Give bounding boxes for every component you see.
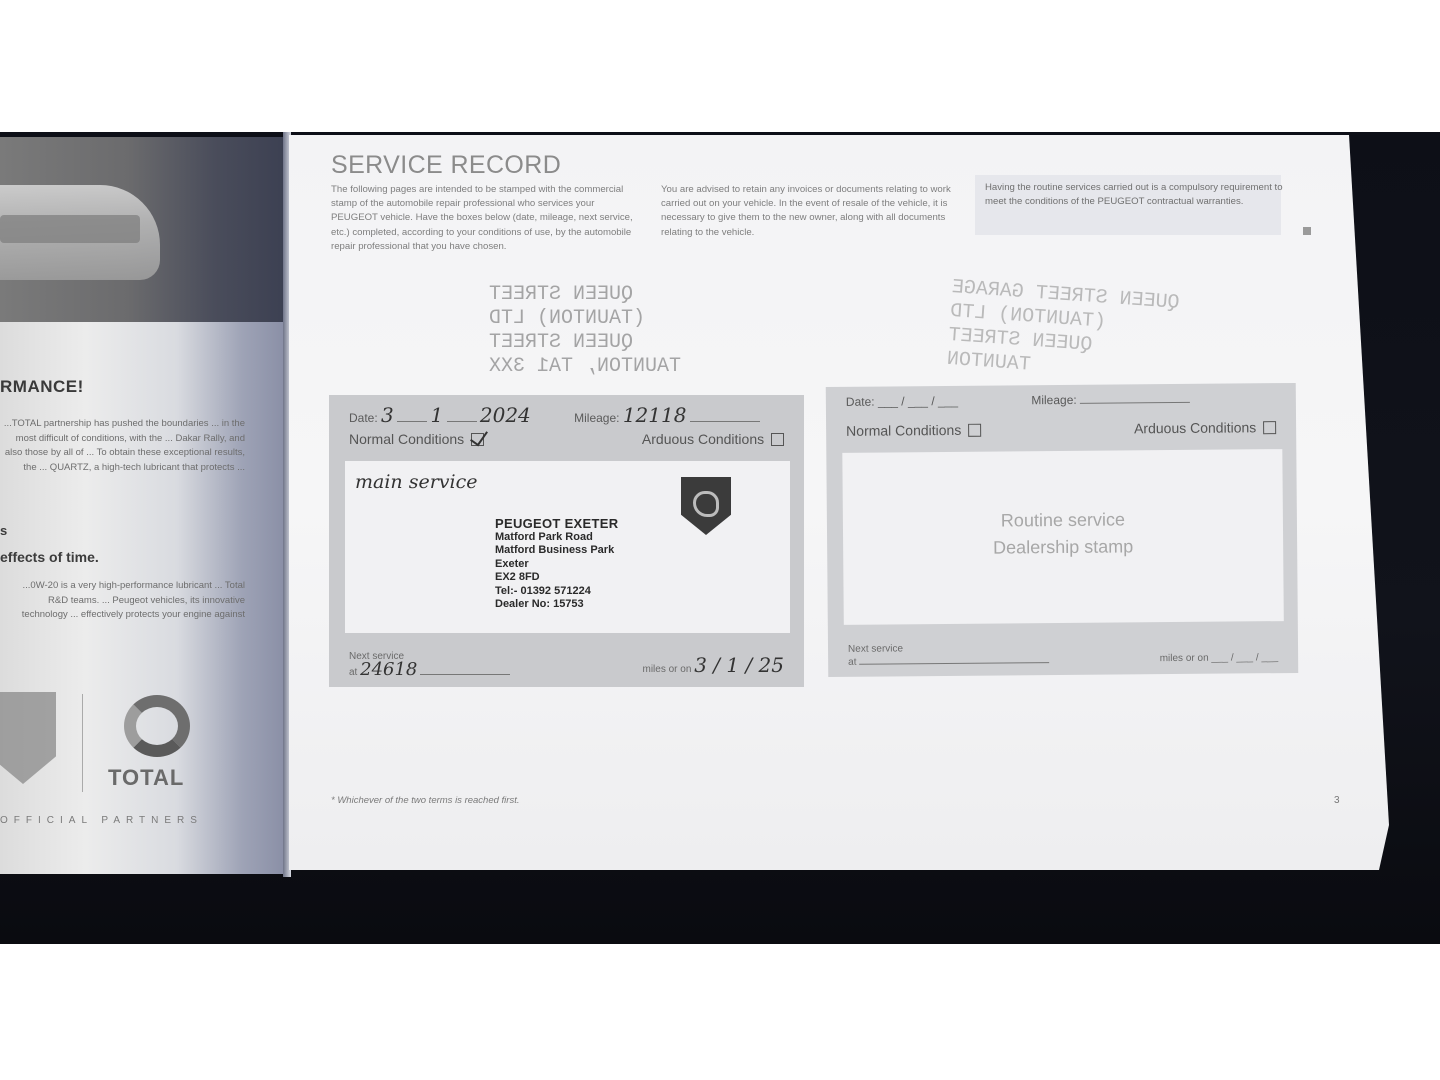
peugeot-shield-icon <box>681 477 731 535</box>
intro-column-2: You are advised to retain any invoices o… <box>661 183 961 240</box>
arduous-conditions-label: Arduous Conditions <box>642 431 764 447</box>
date-month[interactable]: 1 <box>430 403 443 427</box>
next-service-date-value[interactable]: ___ / ___ / ___ <box>1211 652 1278 664</box>
total-logo-icon <box>124 695 190 757</box>
dealer-phone: Tel:- 01392 571224 <box>495 585 618 599</box>
at-label: at <box>349 667 357 678</box>
stamp-line: QUEEN STREET <box>489 331 739 355</box>
checkbox-checked-icon[interactable] <box>471 433 484 446</box>
dealer-postcode: EX2 8FD <box>495 571 618 585</box>
dealer-city: Exeter <box>495 558 618 572</box>
miles-or-on-label: miles or on <box>1160 653 1209 664</box>
dealer-number: Dealer No: 15753 <box>495 598 618 612</box>
car-grille <box>0 215 140 243</box>
next-service-at: Next service at <box>848 641 1049 669</box>
at-label: at <box>848 657 856 668</box>
service-record-2: Date: ___ / ___ / ___ Mileage: Normal Co… <box>826 383 1299 677</box>
date-mileage-row: Date: ___ / ___ / ___ Mileage: <box>846 392 1190 409</box>
dealer-name: PEUGEOT EXETER <box>495 517 618 531</box>
mirrored-stamp-2: QUEEN STREET GARAGE (TAUNTON) LTD QUEEN … <box>946 276 1212 390</box>
left-heading: RMANCE! <box>0 377 84 397</box>
next-service-date: miles or on 3 / 1 / 25 <box>643 653 785 677</box>
lion-icon <box>693 491 719 517</box>
normal-conditions-label: Normal Conditions <box>846 422 961 439</box>
mileage-value[interactable]: 12118 <box>623 403 687 427</box>
stamp-placeholder: Routine service Dealership stamp <box>843 505 1283 563</box>
stamp-line: (TAUNTON) LTD <box>489 307 739 331</box>
checkbox-icon[interactable] <box>771 433 784 446</box>
official-partners-caption: OFFICIAL PARTNERS <box>0 815 203 826</box>
intro-column-3: Having the routine services carried out … <box>985 181 1285 209</box>
mileage-field[interactable] <box>1080 402 1190 404</box>
checkbox-icon[interactable] <box>1263 421 1276 434</box>
date-year[interactable]: 2024 <box>480 403 531 427</box>
dealer-stamp-area: main service PEUGEOT EXETER Matford Park… <box>345 461 790 633</box>
mileage-label: Mileage: <box>1031 393 1076 407</box>
dealer-stamp-area: Routine service Dealership stamp <box>842 449 1283 625</box>
date-sep <box>447 421 477 422</box>
mirrored-stamp-1: QUEEN STREET (TAUNTON) LTD QUEEN STREET … <box>489 283 739 379</box>
left-subheading-2: effects of time. <box>0 549 99 565</box>
left-paragraph: ...TOTAL partnership has pushed the boun… <box>0 417 245 475</box>
arduous-conditions-label: Arduous Conditions <box>1134 419 1256 436</box>
footnote: * Whichever of the two terms is reached … <box>331 795 519 806</box>
peugeot-lion-logo-icon <box>0 692 56 784</box>
normal-conditions-label: Normal Conditions <box>349 431 464 447</box>
miles-line <box>420 674 510 675</box>
date-mileage-row: Date: 3 1 2024 Mileage: 12118 <box>349 403 760 427</box>
left-paragraph-2: ...0W-20 is a very high-performance lubr… <box>0 579 245 623</box>
handwritten-note: main service <box>355 471 477 493</box>
total-brand-text: TOTAL <box>108 765 184 791</box>
square-marker-icon <box>1303 227 1311 235</box>
stamp-line: QUEEN STREET <box>489 283 739 307</box>
date-sep <box>397 421 427 422</box>
miles-or-on-label: miles or on <box>643 664 692 675</box>
booklet-photo: RMANCE! ...TOTAL partnership has pushed … <box>0 132 1440 944</box>
dealer-address-1: Matford Park Road <box>495 531 618 545</box>
next-service-date: miles or on ___ / ___ / ___ <box>1160 652 1279 664</box>
checkbox-icon[interactable] <box>968 424 981 437</box>
bottom-white-band <box>0 944 1440 1080</box>
date-label: Date: <box>349 411 378 425</box>
stamp-line: TAUNTON, TA1 3XX <box>489 355 739 379</box>
dealer-address-2: Matford Business Park <box>495 544 618 558</box>
mileage-label: Mileage: <box>574 411 619 425</box>
normal-conditions[interactable]: Normal Conditions <box>349 431 484 447</box>
dealer-stamp: PEUGEOT EXETER Matford Park Road Matford… <box>495 517 618 612</box>
car-hero-image <box>0 137 285 322</box>
right-page: SERVICE RECORD The following pages are i… <box>289 135 1389 870</box>
left-page: RMANCE! ...TOTAL partnership has pushed … <box>0 137 285 874</box>
page-title: SERVICE RECORD <box>331 151 561 180</box>
next-service-miles-field[interactable] <box>859 662 1049 665</box>
date-day[interactable]: 3 <box>381 403 394 427</box>
arduous-conditions[interactable]: Arduous Conditions <box>642 431 784 447</box>
mileage-line <box>690 421 760 422</box>
service-record-1: Date: 3 1 2024 Mileage: 12118 Normal Con… <box>329 395 804 687</box>
arduous-conditions[interactable]: Arduous Conditions <box>1134 419 1276 436</box>
placeholder-line-2: Dealership stamp <box>843 532 1283 563</box>
placeholder-line-1: Routine service <box>843 505 1283 536</box>
next-service-date-value[interactable]: 3 / 1 / 25 <box>694 653 784 677</box>
normal-conditions[interactable]: Normal Conditions <box>846 422 981 439</box>
page-number: 3 <box>1334 795 1340 806</box>
next-service-miles[interactable]: 24618 <box>360 659 417 680</box>
date-label: Date: <box>846 395 875 409</box>
next-service-at: Next service at 24618 <box>349 650 510 679</box>
next-service-label: Next service <box>848 641 1049 656</box>
date-value[interactable]: ___ / ___ / ___ <box>878 394 958 409</box>
partner-divider <box>82 694 83 792</box>
top-white-band <box>0 0 1440 132</box>
left-subheading-1: s <box>0 523 7 538</box>
intro-column-1: The following pages are intended to be s… <box>331 183 641 254</box>
